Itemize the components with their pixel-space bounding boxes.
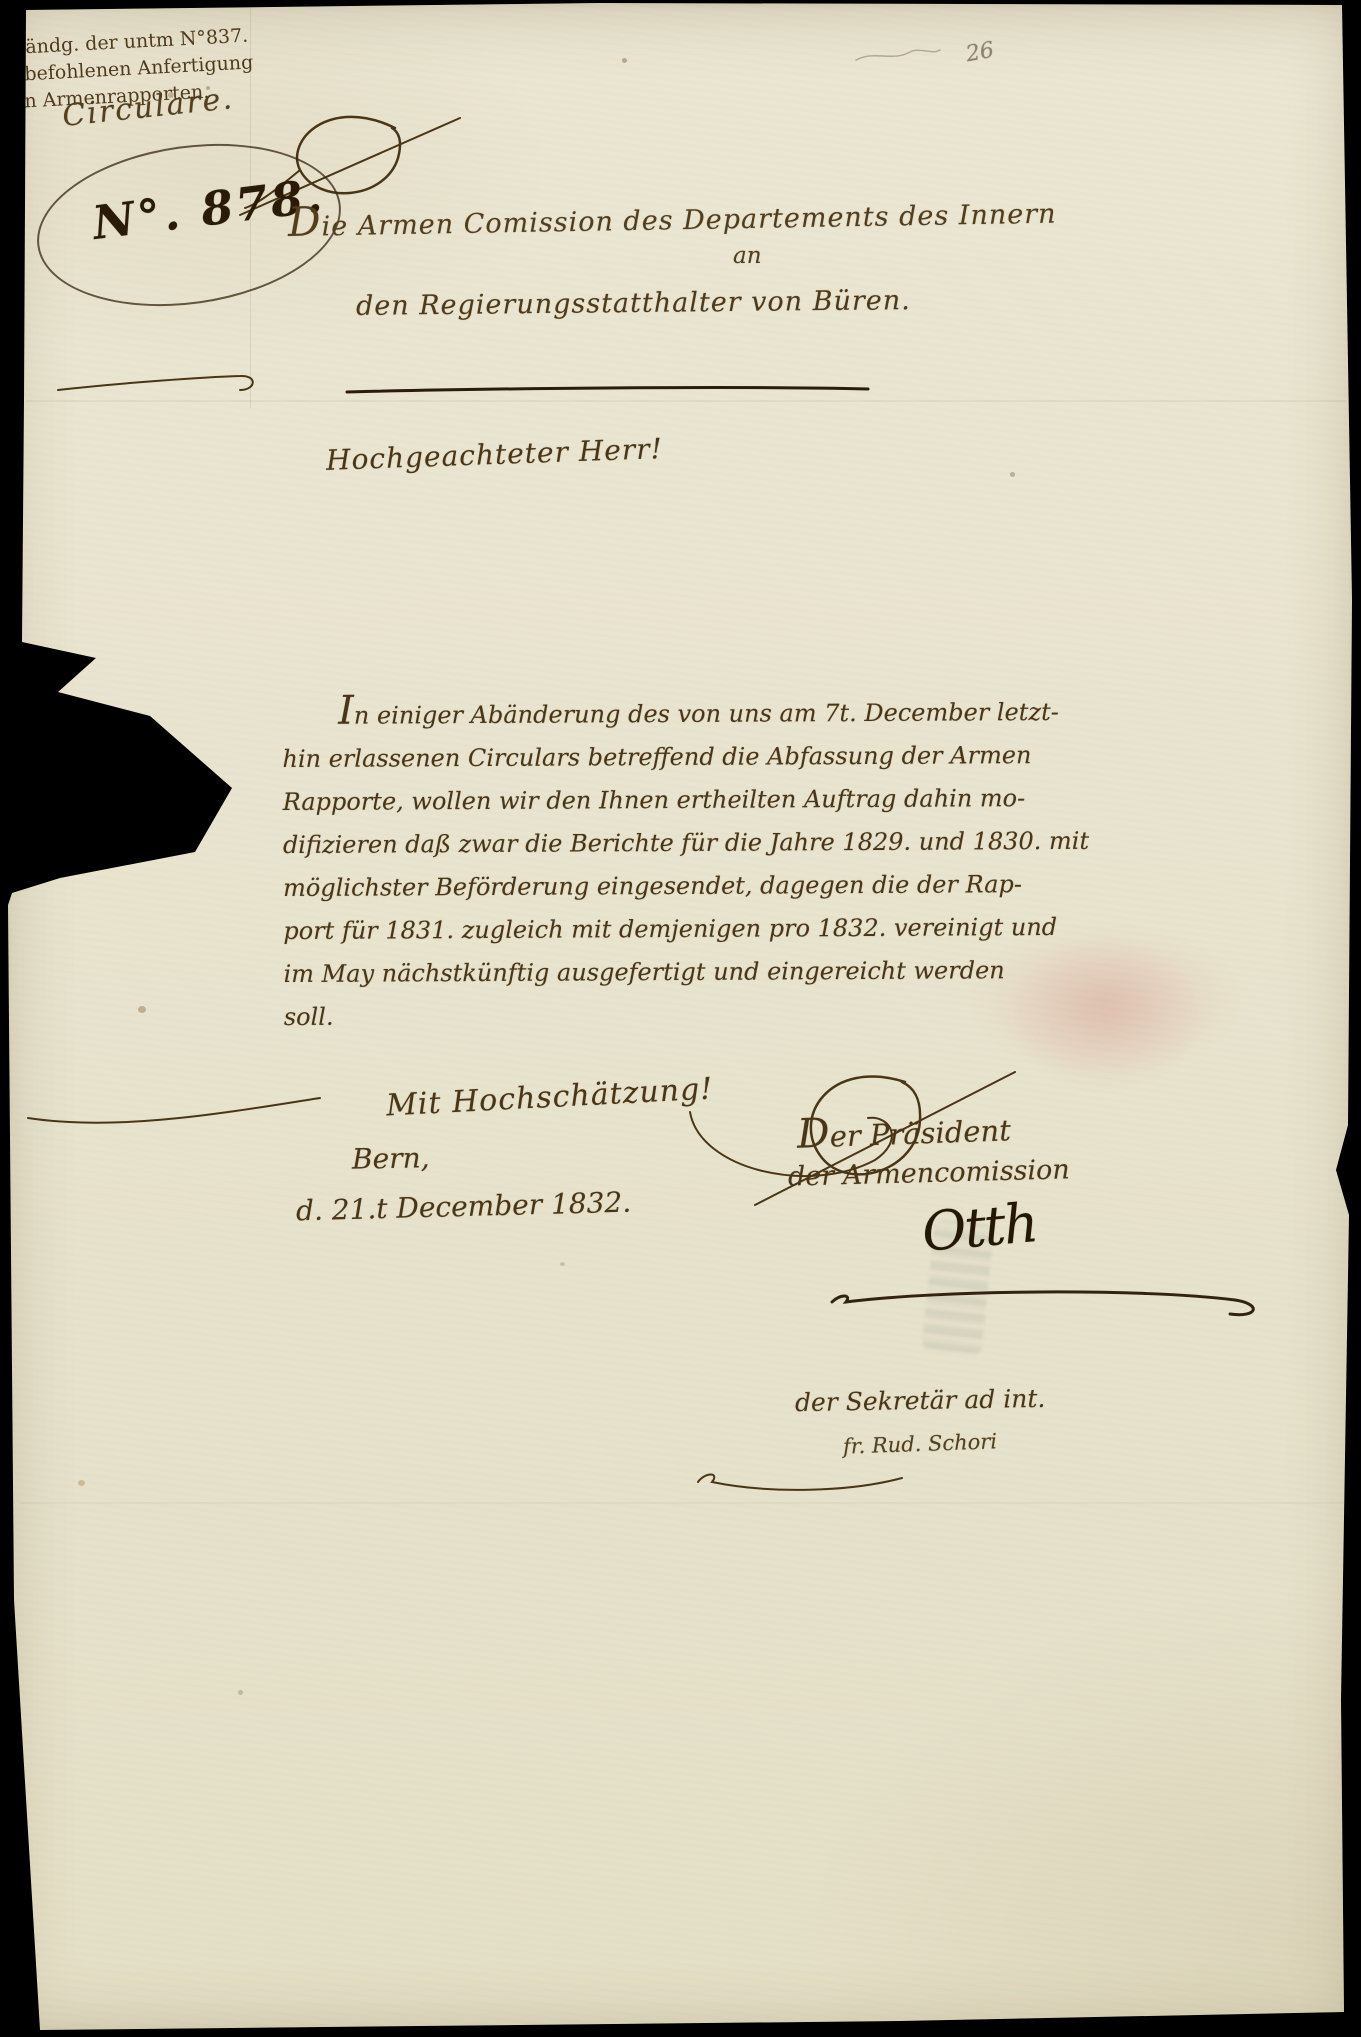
valediction-swash bbox=[28, 1098, 320, 1123]
body-line: soll. bbox=[284, 992, 1059, 1039]
marginal-note-underline bbox=[58, 376, 253, 390]
body-line: hin erlassenen Circulars betreffend die … bbox=[282, 734, 1057, 781]
body-line: difizieren daß zwar die Berichte für die… bbox=[283, 820, 1058, 867]
recipient-line: den Regierungsstatthalter von Büren. bbox=[356, 285, 911, 322]
manuscript-page: Circulare. N°. 878. Abändg. der untm N°8… bbox=[0, 0, 1361, 2037]
president-title-line1: Der Präsident bbox=[796, 1102, 1011, 1157]
body-line: In einiger Abänderung des von uns am 7t.… bbox=[282, 686, 1057, 738]
body-line: port für 1831. zugleich mit demjenigen p… bbox=[283, 906, 1058, 953]
pencil-mark: 26 bbox=[964, 38, 996, 67]
address-rule bbox=[347, 388, 868, 392]
body-line: Rapporte, wollen wir den Ihnen ertheilte… bbox=[283, 777, 1058, 824]
place-line: Bern, bbox=[352, 1141, 430, 1175]
address-connector: an bbox=[733, 243, 762, 269]
secretary-title: der Sekretär ad int. bbox=[795, 1384, 1046, 1417]
secretary-underline bbox=[698, 1475, 902, 1490]
president-signature: Otth bbox=[919, 1191, 1039, 1264]
body-line: möglichster Beförderung eingesendet, dag… bbox=[283, 863, 1058, 910]
body-line: im May nächstkünftig ausgefertigt und ei… bbox=[283, 949, 1058, 996]
signature-underline bbox=[832, 1292, 1253, 1315]
letter-body: In einiger Abänderung des von uns am 7t.… bbox=[282, 686, 1059, 1039]
